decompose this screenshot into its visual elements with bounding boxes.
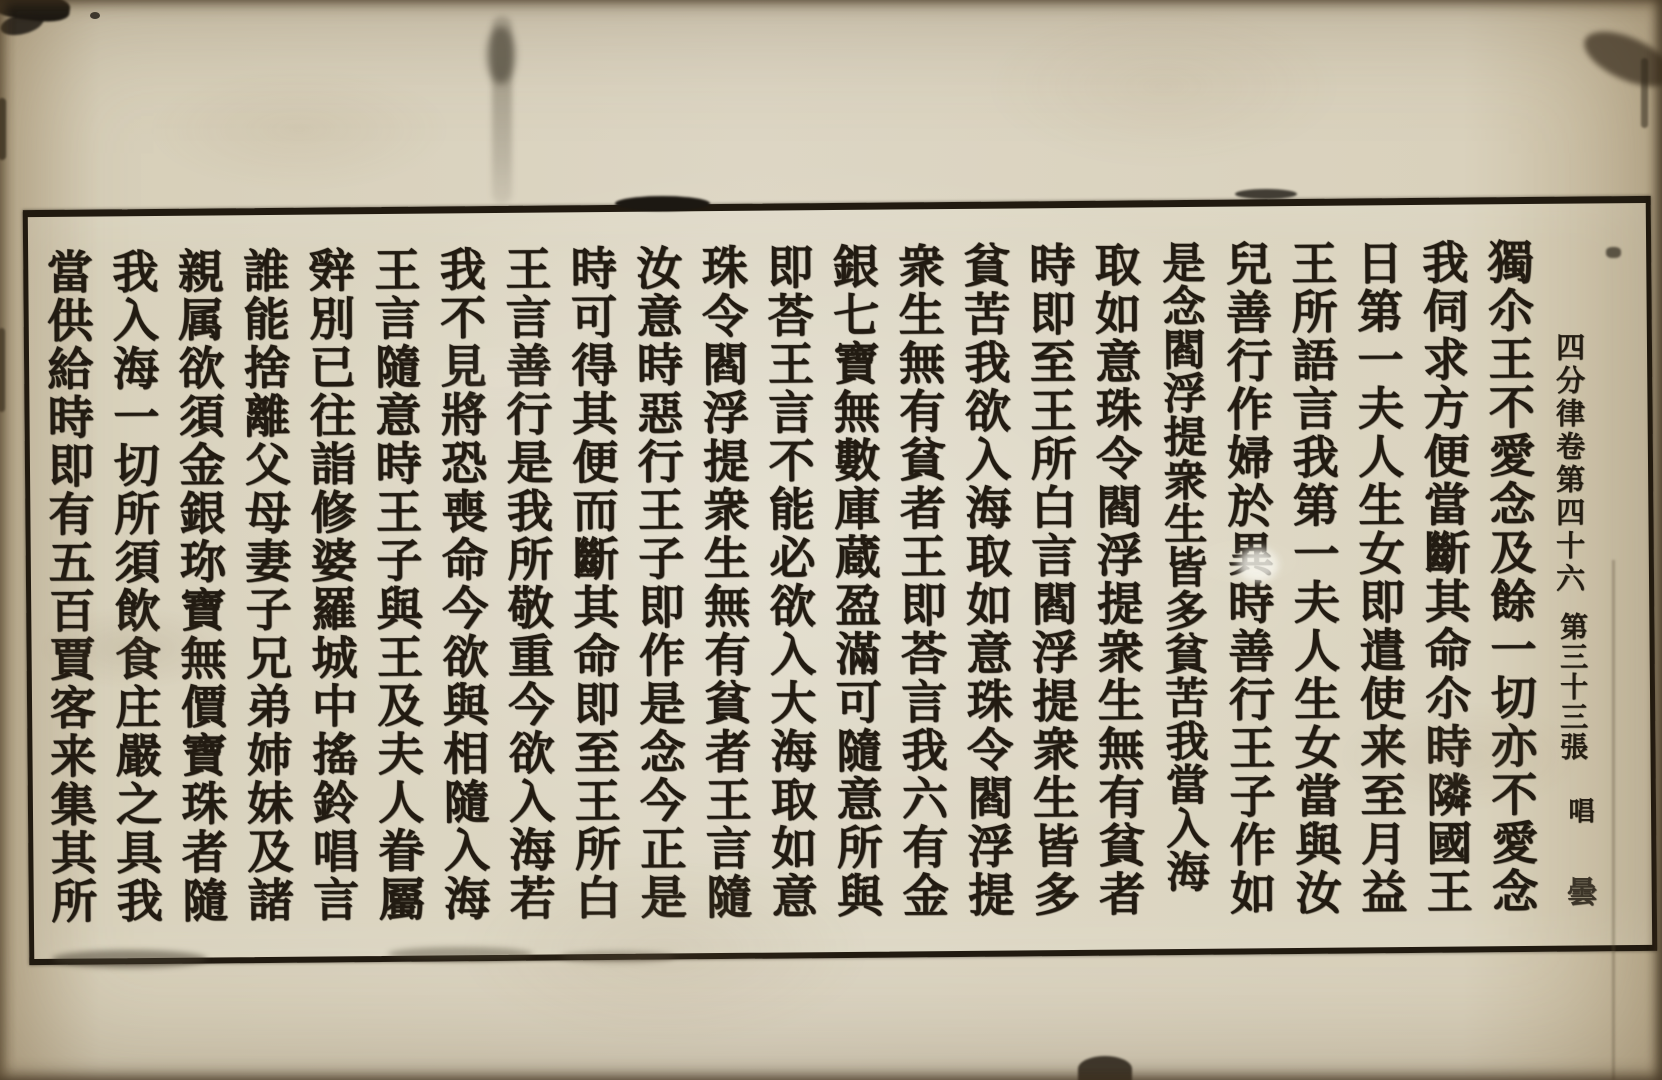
margin-mark: 唱 [1561,797,1598,823]
text-column: 即荅王言不能必欲入大海取如意 [754,243,824,937]
sheet-number: 第三十三張 [1552,612,1592,762]
text-column: 獨尒王不愛念及餘一切亦不愛念 [1474,238,1544,932]
corner-ink-mark [0,0,71,25]
text-column: 當供給時即有五百賈客来集其所 [33,248,103,942]
text-column: 取如意珠令閻浮提衆生無有貧者 [1081,240,1151,934]
text-column: 日第一夫人生女即遣使来至月益 [1343,239,1413,933]
text-column: 時可得其便而斷其命即至王所白 [557,244,627,938]
edge-mark [1078,1056,1132,1080]
text-column: 汝意時惡行王子即作是念今正是 [623,244,693,938]
edge-mark [0,98,6,160]
text-column: 親属欲須金銀珎寶無價寶珠者隨 [164,247,234,941]
ink-smudge [487,26,515,84]
text-column: 誰能捨離父母妻子兄弟姉妹及諸 [230,246,300,940]
ink-smudge [492,16,512,204]
volume-title: 四分律卷第四十六 [1549,332,1590,596]
text-column: 我伺求方便當斷其命尒時隣國王 [1409,238,1479,932]
text-column: 珠令閻浮提衆生無有貧者王言隨 [688,243,758,937]
text-column: 我不見將恐喪命今欲與相隨入海 [426,245,496,939]
margin-mark: 曇 [1556,876,1600,906]
text-column: 辤別已往詣修婆羅城中搖鈴唱言 [295,246,365,940]
text-column: 銀七寶無數庫蔵盈滿可隨意所與 [819,242,889,936]
text-column: 是念閻浮提衆生皆多貧苦我當入海 [1147,240,1217,934]
text-block: 獨尒王不愛念及餘一切亦不愛念 我伺求方便當斷其命尒時隣國王 日第一夫人生女即遣使… [34,238,1545,942]
text-column: 時即至王所白言閻浮提衆生皆多 [1016,241,1086,935]
text-column: 王所語言我第一夫人生女當與汝 [1278,239,1348,933]
text-column: 王言隨意時王子與王及夫人眷屬 [361,246,431,940]
text-column: 兒善行作婦於異時善行王子作如 [1212,240,1282,934]
edge-mark [1641,58,1648,128]
text-column: 王言善行是我所敬重今欲入海若 [492,245,562,939]
ink-dot [90,12,100,19]
manuscript-page: 獨尒王不愛念及餘一切亦不愛念 我伺求方便當斷其命尒時隣國王 日第一夫人生女即遣使… [0,0,1662,1080]
text-column: 貧苦我欲入海取如意珠令閻浮提 [950,241,1020,935]
ink-blob-on-border [1235,189,1297,199]
corner-stain [1577,20,1662,97]
corner-ink-mark [0,9,46,39]
edge-mark [0,328,5,412]
text-column: 衆生無有貧者王即荅言我六有金 [885,242,955,936]
text-column: 我入海一切所須飲食庄嚴之具我 [99,247,169,941]
